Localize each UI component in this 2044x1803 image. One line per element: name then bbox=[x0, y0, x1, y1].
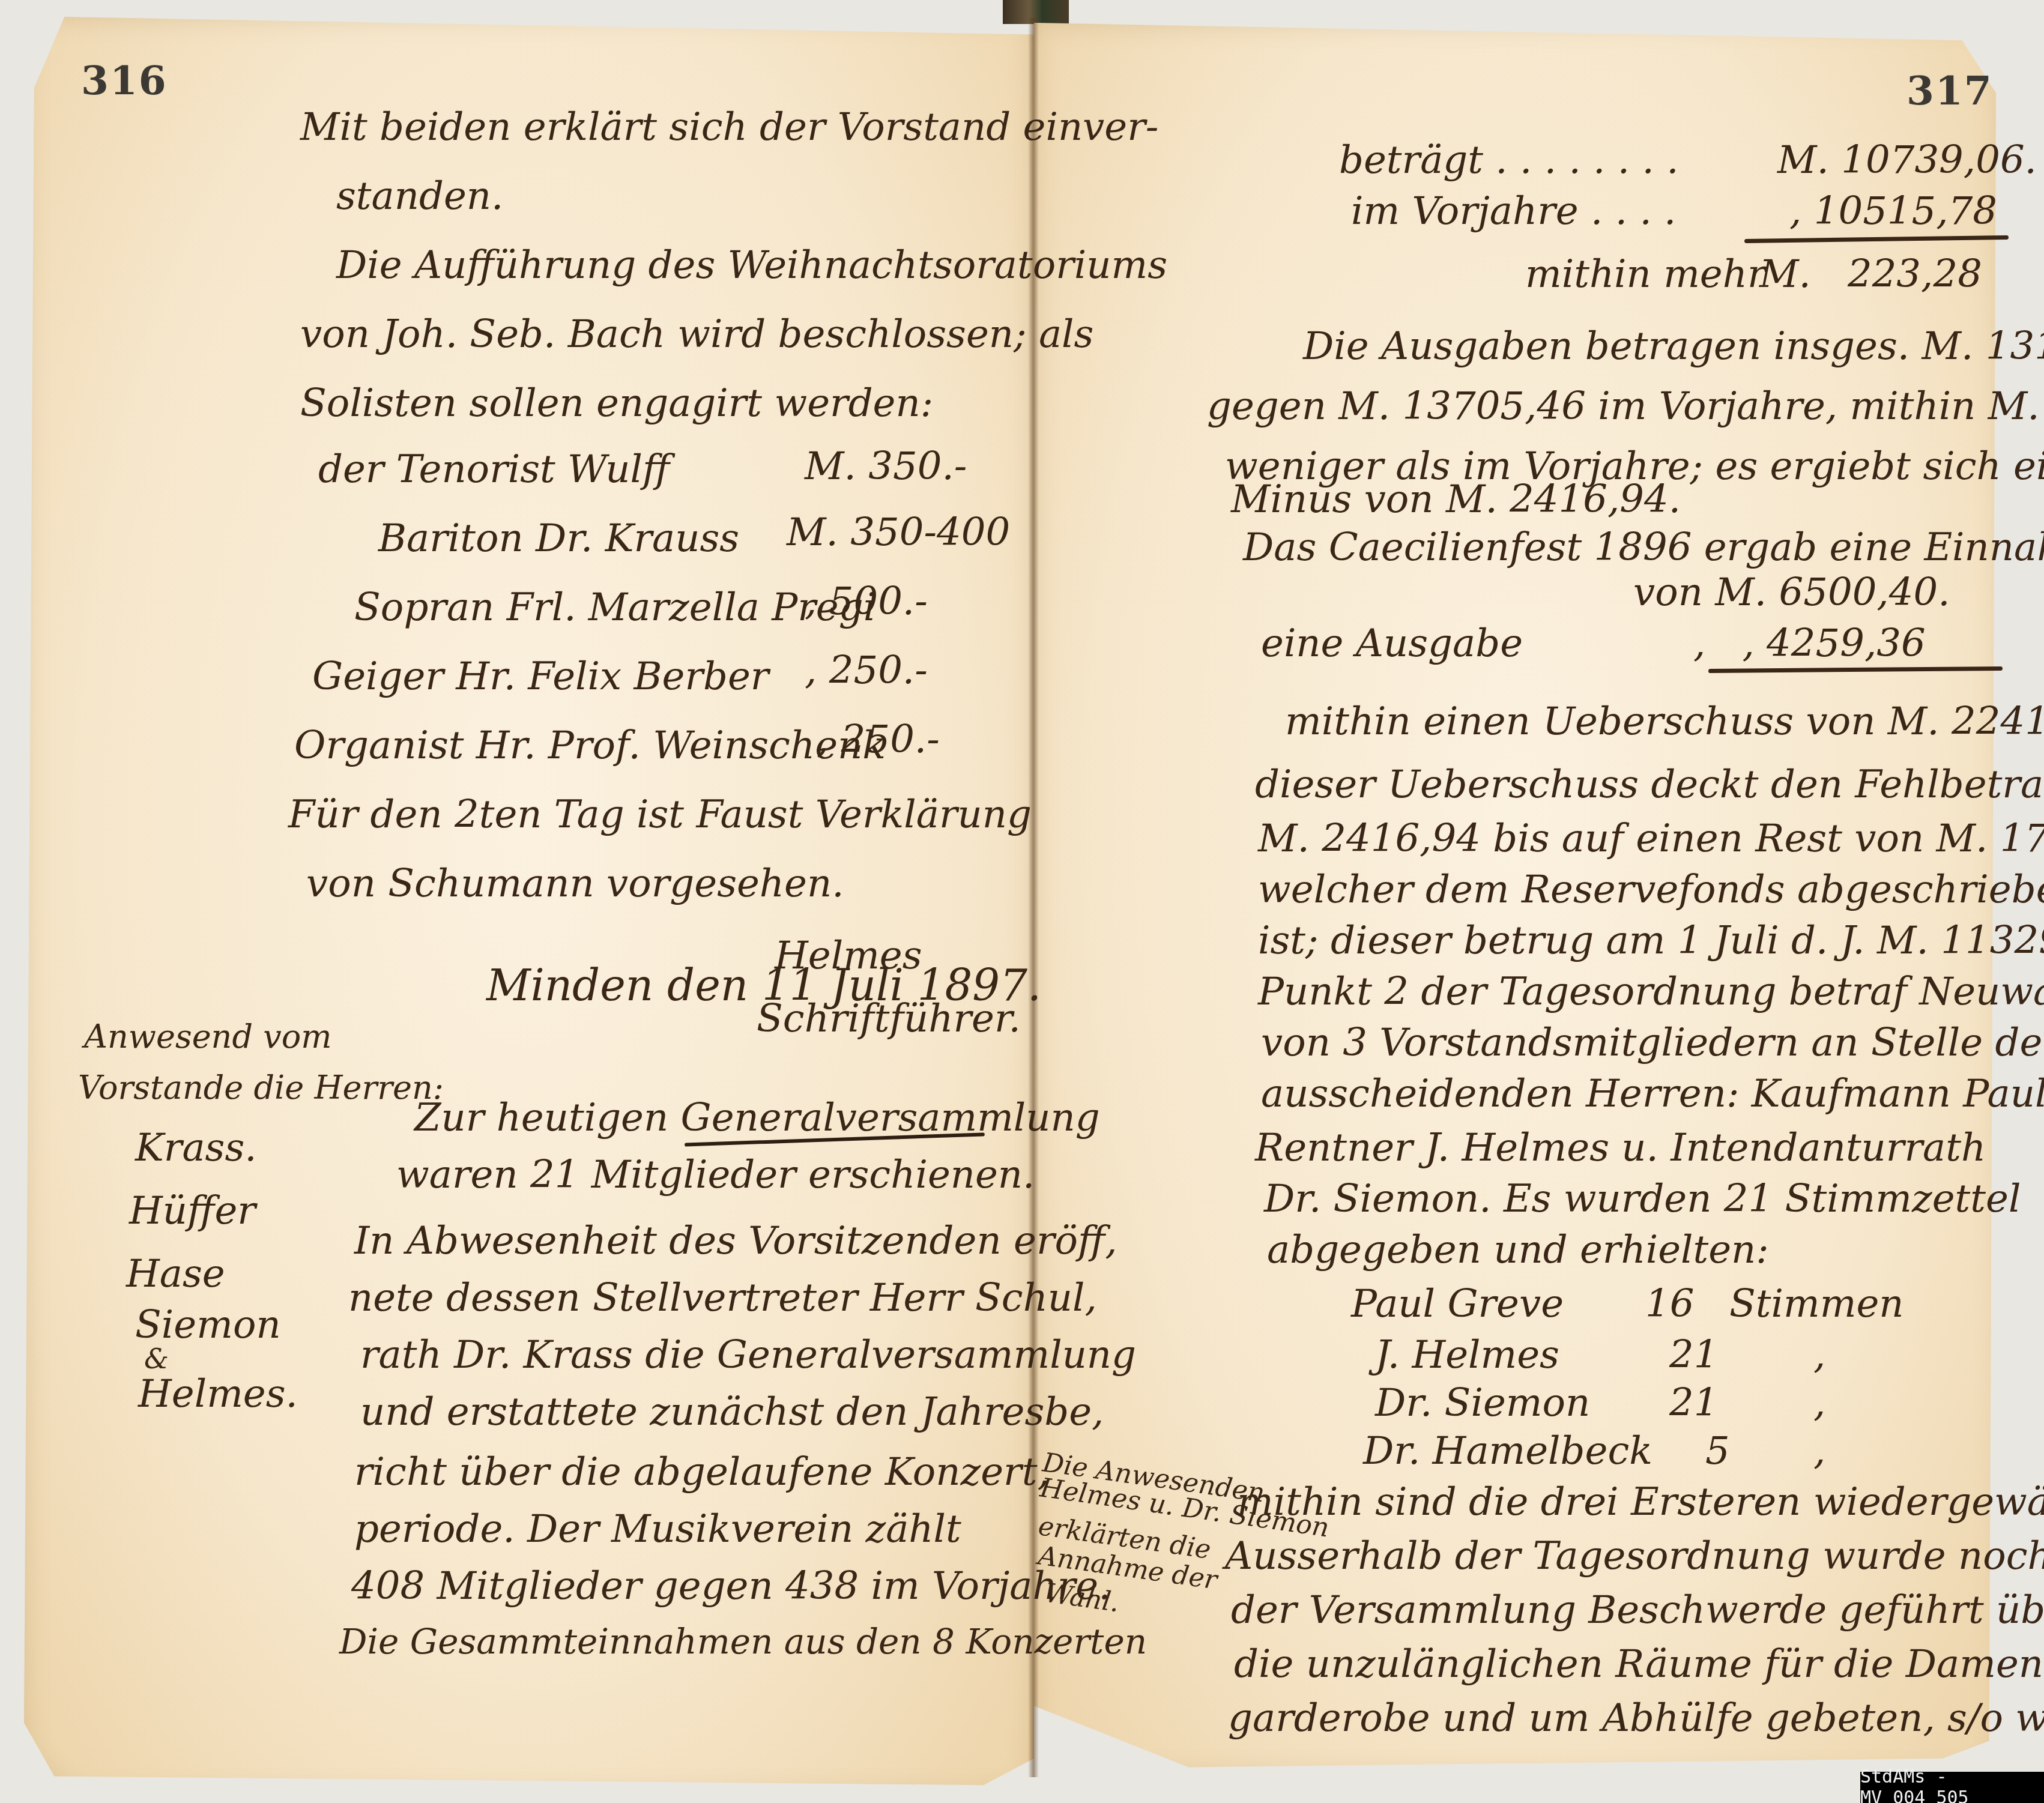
income-label: beträgt . . . . . . . . bbox=[1339, 141, 1679, 180]
soloist-role: der Tenorist Wulff bbox=[318, 450, 670, 489]
vote-unit: , bbox=[1813, 1336, 1825, 1374]
soloist-fee: M. 350-400 bbox=[787, 513, 1010, 552]
minutes-line: 408 Mitglieder gegen 438 im Vorjahre. bbox=[351, 1567, 1111, 1605]
income-result-label: mithin mehr bbox=[1525, 255, 1766, 294]
vote-count: 5 bbox=[1705, 1432, 1730, 1470]
expenses-line: Die Ausgaben betragen insges. M. 13156,6… bbox=[1303, 327, 2044, 366]
attendee-name: Hüffer bbox=[129, 1192, 256, 1230]
margin-heading-line: Vorstande die Herren: bbox=[78, 1072, 444, 1104]
closing-line: garderobe und um Abhülfe gebeten, s/o wi… bbox=[1228, 1699, 2044, 1738]
minutes-line: Die Gesammteinnahmen aus den 8 Konzerten bbox=[339, 1624, 1147, 1659]
income-result-amount: M. 223,28 bbox=[1759, 255, 1982, 294]
margin-heading-line: Anwesend vom bbox=[84, 1021, 331, 1053]
soloist-fee: M. 350.- bbox=[805, 447, 967, 486]
surplus-line: welcher dem Reservefonds abgeschrieben bbox=[1258, 871, 2044, 909]
surplus-line: mithin einen Ueberschuss von M. 2241,04 bbox=[1285, 702, 2044, 741]
surplus-line: von 3 Vorstandsmitgliedern an Stelle der bbox=[1261, 1024, 2044, 1062]
left-para2-line1: Die Aufführung des Weihnachtsoratoriums bbox=[336, 246, 1167, 285]
left-para2-line3: Solisten sollen engagirt werden: bbox=[300, 384, 933, 423]
income-amount: M. 10739,06. bbox=[1777, 141, 2037, 180]
surplus-line: ausscheidenden Herren: Kaufmann Paul Gre… bbox=[1261, 1075, 2044, 1113]
candidate-name: Dr. Hamelbeck bbox=[1363, 1432, 1652, 1470]
soloist-fee: , 250.- bbox=[805, 651, 928, 690]
expenses-line: Minus von M. 2416,94. bbox=[1231, 480, 1681, 519]
surplus-line: ist; dieser betrug am 1 Juli d. J. M. 11… bbox=[1258, 922, 2044, 960]
soloist-role: Bariton Dr. Krauss bbox=[378, 519, 739, 558]
attendee-name: Siemon bbox=[135, 1306, 281, 1344]
surplus-line: abgegeben und erhielten: bbox=[1267, 1231, 1769, 1269]
minutes-line: waren 21 Mitglieder erschienen. bbox=[396, 1156, 1035, 1194]
festival-line: Das Caecilienfest 1896 ergab eine Einnah… bbox=[1243, 528, 2044, 567]
left-para1-line1: Mit beiden erklärt sich der Vorstand ein… bbox=[300, 108, 1158, 146]
closing-line: der Versammlung Beschwerde geführt über bbox=[1231, 1591, 2044, 1629]
festival-expense-label: eine Ausgabe bbox=[1261, 624, 1523, 663]
soloist-role: Organist Hr. Prof. Weinschenk bbox=[294, 726, 886, 765]
attendee-name: Krass. bbox=[135, 1129, 257, 1167]
vote-unit: Stimmen bbox=[1729, 1285, 1904, 1323]
attendee-name: & bbox=[144, 1345, 169, 1373]
archive-reference-label: StdAMs - MV_004_505 bbox=[1860, 1772, 2044, 1803]
closing-line: Ausserhalb der Tagesordnung wurde noch a… bbox=[1225, 1537, 2044, 1575]
page-number-left: 316 bbox=[81, 57, 168, 104]
left-para3-line2: von Schumann vorgesehen. bbox=[306, 865, 844, 903]
vote-count: 21 bbox=[1669, 1384, 1718, 1422]
vote-unit: , bbox=[1813, 1432, 1825, 1470]
soloist-role: Sopran Frl. Marzella Pregi bbox=[354, 588, 875, 627]
festival-income: von M. 6500,40. bbox=[1633, 573, 1950, 612]
candidate-name: Dr. Siemon bbox=[1375, 1384, 1590, 1422]
minutes-line: rath Dr. Krass die Generalversammlung bbox=[360, 1336, 1136, 1374]
candidate-name: Paul Greve bbox=[1351, 1285, 1564, 1323]
surplus-line: Rentner J. Helmes u. Intendanturrath bbox=[1255, 1129, 1986, 1167]
minutes-line: Zur heutigen Generalversammlung bbox=[414, 1099, 1100, 1137]
minutes-line: periode. Der Musikverein zählt bbox=[354, 1510, 961, 1548]
income-amount: , 10515,78 bbox=[1789, 192, 1997, 231]
left-para3-line1: Für den 2ten Tag ist Faust Verklärung bbox=[288, 796, 1032, 834]
festival-expense-amount: , , 4259,36 bbox=[1693, 624, 1926, 663]
surplus-line: M. 2416,94 bis auf einen Rest von M. 175… bbox=[1258, 820, 2044, 858]
page-number-right: 317 bbox=[1906, 67, 1993, 114]
income-label: im Vorjahre . . . . bbox=[1351, 192, 1676, 231]
minutes-line: richt über die abgelaufene Konzert, bbox=[354, 1453, 1050, 1491]
closing-line: die unzulänglichen Räume für die Damen- bbox=[1234, 1645, 2044, 1684]
vote-unit: , bbox=[1813, 1384, 1825, 1422]
expenses-line: gegen M. 13705,46 im Vorjahre, mithin M.… bbox=[1207, 387, 2044, 426]
surplus-line: dieser Ueberschuss deckt den Fehlbetrag … bbox=[1255, 766, 2044, 804]
soloist-fee: , 250.- bbox=[817, 720, 940, 759]
left-para2-line2: von Joh. Seb. Bach wird beschlossen; als bbox=[300, 315, 1093, 354]
minutes-line: nete dessen Stellvertreter Herr Schul, bbox=[348, 1279, 1097, 1317]
vote-count: 21 bbox=[1669, 1336, 1718, 1374]
closing-line: mithin sind die drei Ersteren wiedergewä… bbox=[1237, 1483, 2044, 1521]
attendee-name: Helmes. bbox=[138, 1375, 298, 1413]
minutes-line: und erstattete zunächst den Jahresbe, bbox=[360, 1393, 1104, 1431]
candidate-name: J. Helmes bbox=[1375, 1336, 1559, 1374]
soloist-role: Geiger Hr. Felix Berber bbox=[312, 657, 769, 696]
left-para1-line2: standen. bbox=[336, 177, 503, 216]
surplus-line: Punkt 2 der Tagesordnung betraf Neuwahl bbox=[1258, 973, 2044, 1011]
minutes-line: In Abwesenheit des Vorsitzenden eröff, bbox=[354, 1222, 1117, 1260]
meeting-date: Minden den 11 Juli 1897. bbox=[486, 964, 1041, 1007]
surplus-line: Dr. Siemon. Es wurden 21 Stimmzettel bbox=[1264, 1180, 2021, 1218]
vote-count: 16 bbox=[1645, 1285, 1694, 1323]
soloist-fee: , 500.- bbox=[805, 582, 928, 621]
attendee-name: Hase bbox=[126, 1255, 225, 1293]
